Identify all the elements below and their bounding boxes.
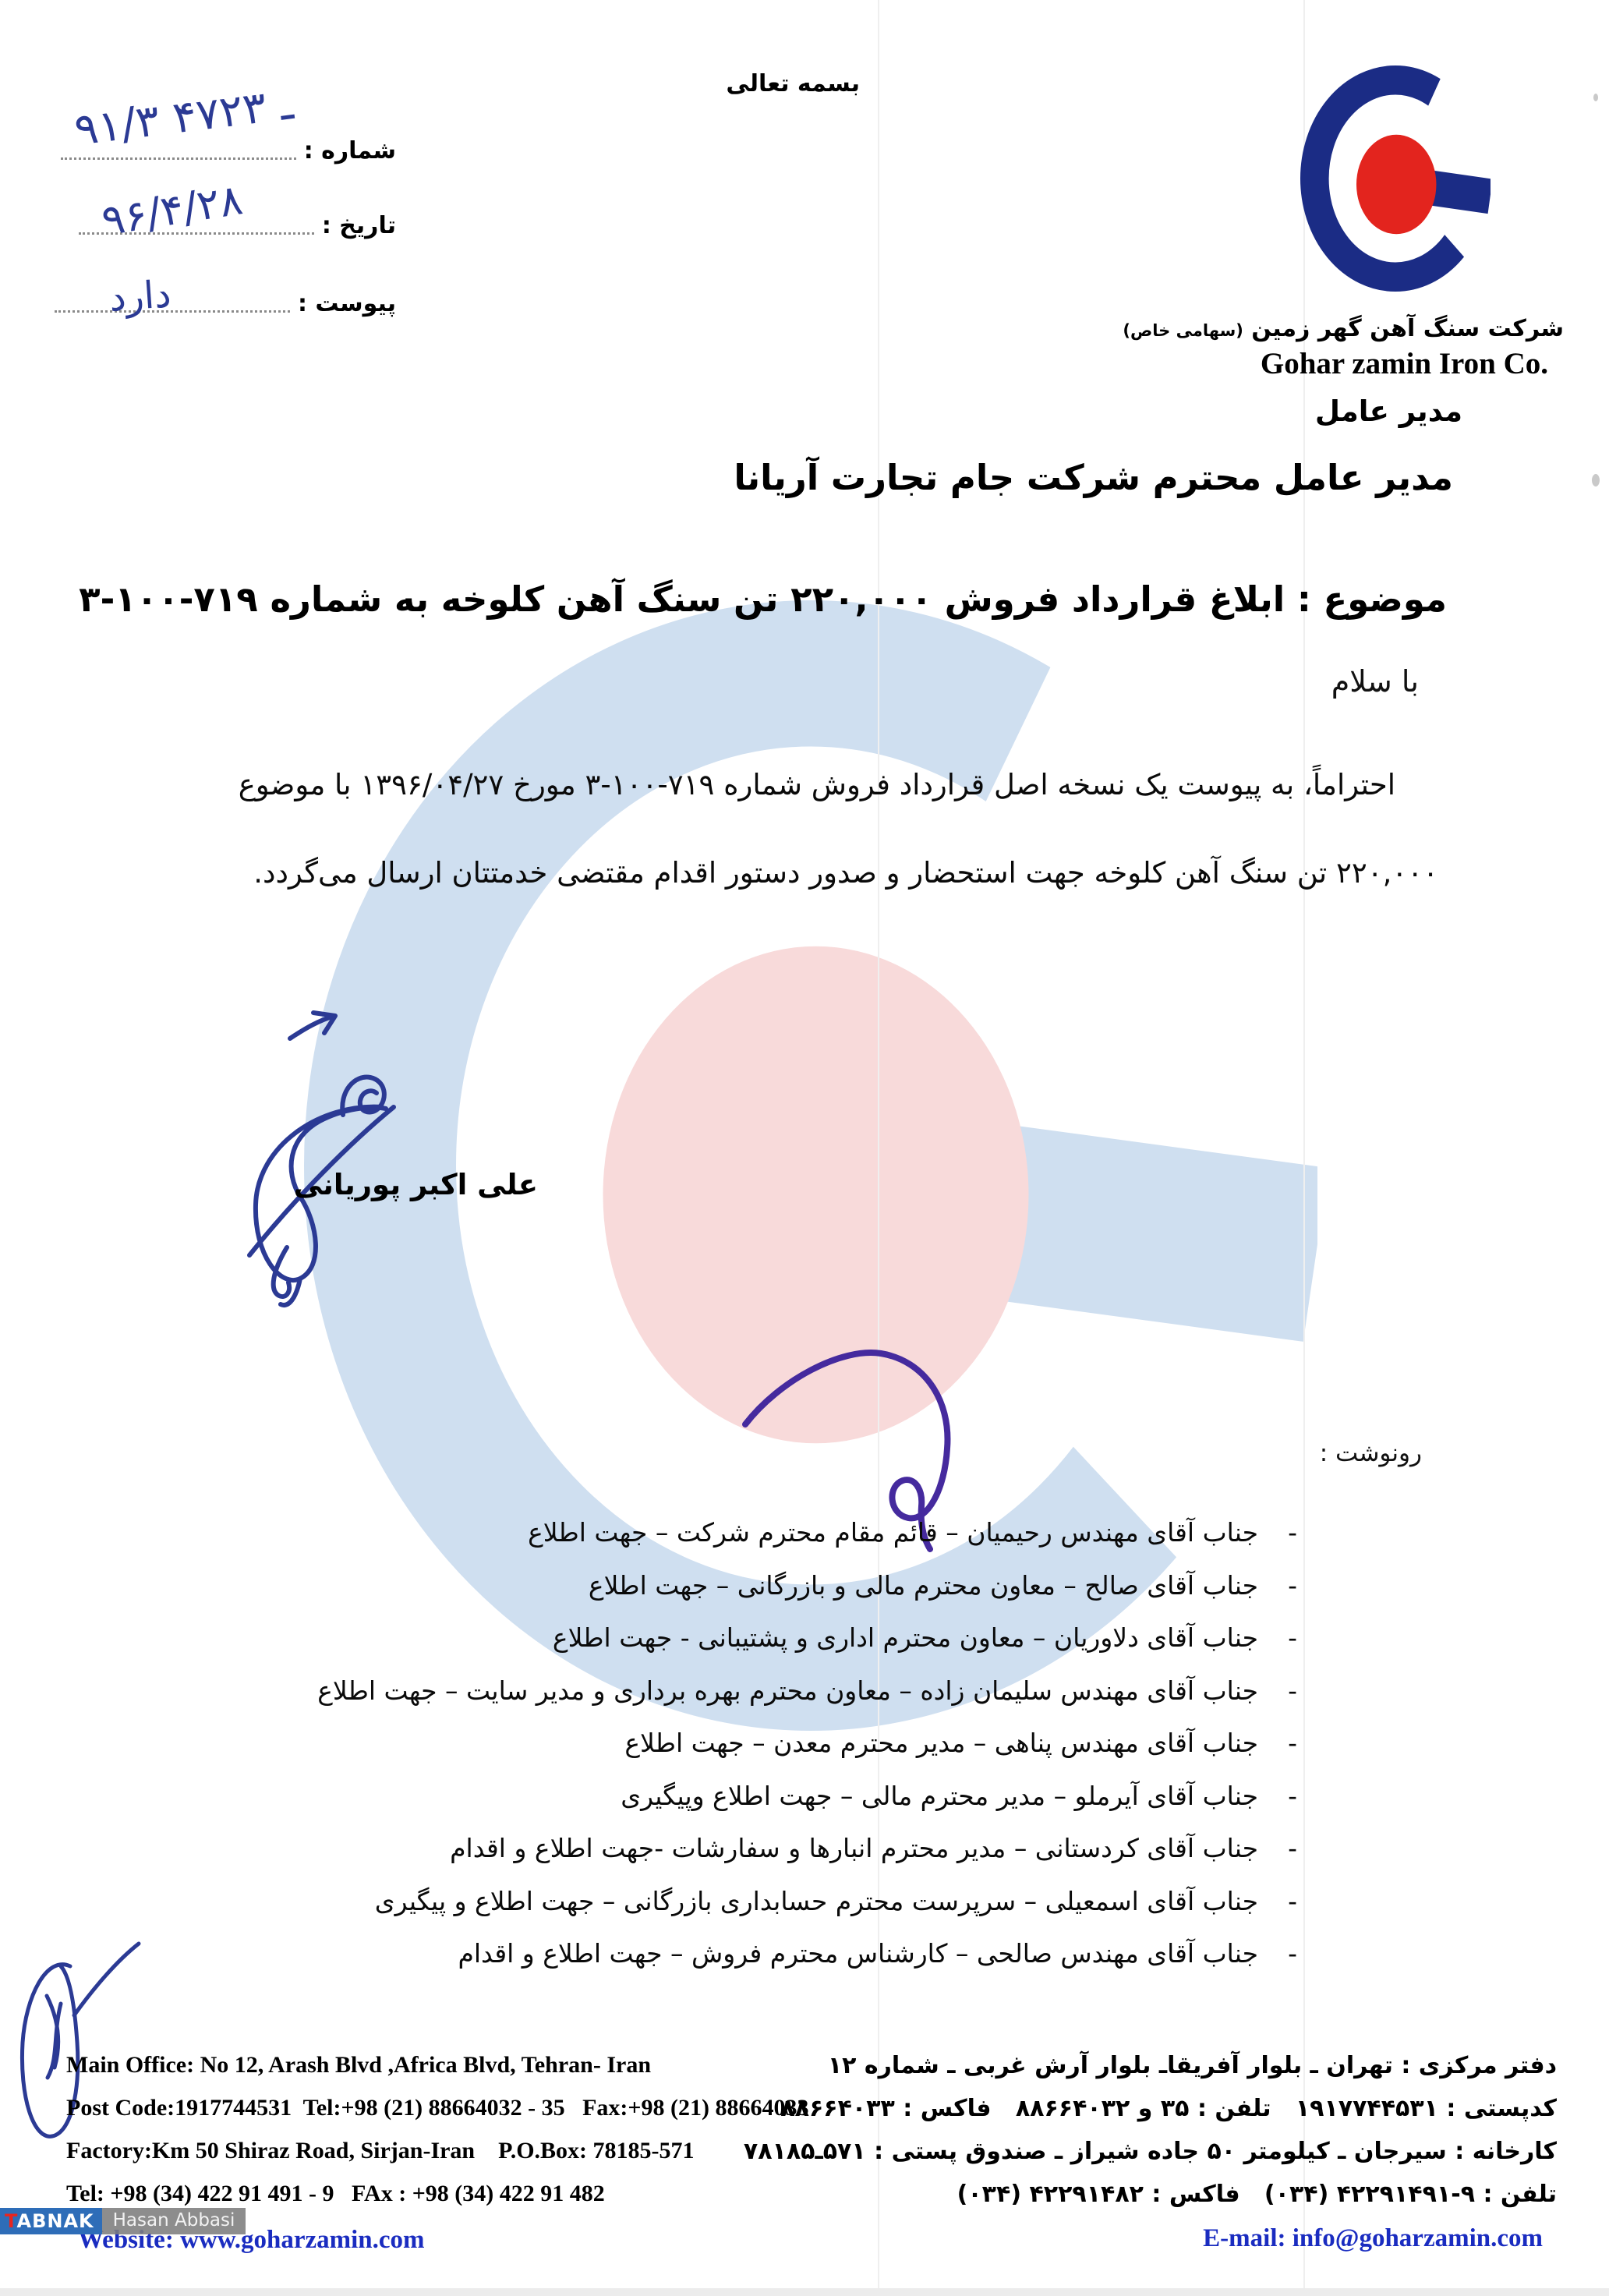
ref-attachment-dotted-line — [55, 304, 290, 313]
cc-bullet: - — [1288, 1886, 1297, 1916]
corner-ink-scribble — [12, 1933, 152, 2160]
scan-fold-line — [1303, 0, 1305, 2296]
scan-speck — [1593, 94, 1598, 101]
handwritten-attachment: دارد — [108, 272, 172, 320]
cc-bullet: - — [1288, 1570, 1297, 1601]
footer-email: E-mail: info@goharzamin.com — [1203, 2224, 1543, 2253]
company-logo — [1300, 65, 1491, 292]
scanned-letter-page: شماره : تاریخ : پیوست : ۹۱/۳ ـ ۴۷۲۳ ۹۶/۴… — [0, 0, 1609, 2296]
ref-number-label: شماره : — [304, 137, 396, 165]
footer-fa-tel-fax: تلفن : ۹-۴۲۲۹۱۴۹۱ (۰۳۴) فاکس : ۴۲۲۹۱۴۸۲ … — [957, 2181, 1557, 2208]
footer-main-office: Main Office: No 12, Arash Blvd ,Africa B… — [66, 2052, 651, 2078]
letter-salutation: مدیر عامل محترم شرکت جام تجارت آریانا — [734, 457, 1453, 498]
cc-item: -جناب آقای مهندس صالحی – کارشناس محترم ف… — [458, 1938, 1297, 1969]
cc-item: -جناب آقای کردستانی – مدیر محترم انبارها… — [450, 1833, 1297, 1863]
scan-edge-strip — [0, 2288, 1609, 2296]
ref-attachment-row: پیوست : — [55, 290, 396, 317]
cc-bullet: - — [1288, 1622, 1297, 1653]
ref-date-label: تاریخ : — [322, 212, 396, 239]
cc-bullet: - — [1288, 1675, 1297, 1706]
scan-speck — [1592, 474, 1600, 486]
cc-bullet: - — [1288, 1833, 1297, 1863]
cc-bullet: - — [1288, 1938, 1297, 1969]
signer-name: علی اکبر پوریانی — [294, 1168, 538, 1201]
tabnak-watermark-badge: TABNAK Hasan Abbasi — [0, 2208, 246, 2234]
body-line-1: احتراماً، به پیوست یک نسخه اصل قرارداد ف… — [239, 768, 1395, 801]
footer-factory-pobox: Factory:Km 50 Shiraz Road, Sirjan-Iran P… — [66, 2138, 695, 2164]
sender-role: مدیر عامل — [1315, 394, 1462, 428]
letter-subject: موضوع : ابلاغ قرارداد فروش ۲۲۰,۰۰۰ تن سن… — [79, 578, 1447, 620]
company-name-fa: شرکت سنگ آهن گهر زمین (سهامی خاص) — [1123, 315, 1564, 342]
cc-bullet: - — [1288, 1517, 1297, 1548]
cc-bullet: - — [1288, 1728, 1297, 1758]
footer-fa-factory-pobox: کارخانه : سیرجان ـ کیلومتر ۵۰ جاده شیراز… — [744, 2138, 1557, 2165]
tabnak-credit: Hasan Abbasi — [102, 2208, 246, 2234]
ceo-signature-ink — [226, 998, 429, 1310]
cc-item: -جناب آقای اسمعیلی – سرپرست محترم حسابدا… — [375, 1886, 1297, 1916]
cc-bullet: - — [1288, 1781, 1297, 1811]
company-name-en: Gohar zamin Iron Co. — [1261, 346, 1548, 381]
cc-item: -جناب آقای دلاوریان – معاون محترم اداری … — [553, 1622, 1297, 1653]
tabnak-logo: TABNAK — [0, 2208, 102, 2234]
company-type-suffix: (سهامی خاص) — [1123, 321, 1243, 340]
cc-item: -جناب آقای مهندس پناهی – مدیر محترم معدن… — [624, 1728, 1297, 1758]
letter-greeting: با سلام — [1331, 664, 1419, 699]
footer-postcode-tel-fax: Post Code:1917744531 Tel:+98 (21) 886640… — [66, 2095, 808, 2121]
footer-fa-head-office: دفتر مرکزی : تهران ـ بلوار آفریقاـ بلوار… — [828, 2052, 1557, 2079]
cc-item: -جناب آقای مهندس سلیمان زاده – معاون محت… — [317, 1675, 1297, 1706]
cc-item: -جناب آقای صالح – معاون محترم مالی و باز… — [589, 1570, 1297, 1601]
cc-item: -جناب آقای مهندس رحیمیان – قائم مقام محت… — [528, 1517, 1297, 1548]
cc-item: -جناب آقای آیرملو – مدیر محترم مالی – جه… — [621, 1781, 1297, 1811]
cc-label: رونوشت : — [1320, 1439, 1422, 1467]
bismillah: بسمه تعالی — [726, 70, 860, 97]
footer-fa-postcode-tel-fax: کدپستی : ۱۹۱۷۷۴۴۵۳۱ تلفن : ۳۵ و ۸۸۶۶۴۰۳۲… — [780, 2095, 1557, 2122]
body-line-2: ۲۲۰,۰۰۰ تن سنگ آهن کلوخه جهت استحضار و ص… — [253, 856, 1438, 890]
footer-factory-tel-fax: Tel: +98 (34) 422 91 491 - 9 FAx : +98 (… — [66, 2181, 605, 2207]
ref-attachment-label: پیوست : — [298, 290, 396, 317]
